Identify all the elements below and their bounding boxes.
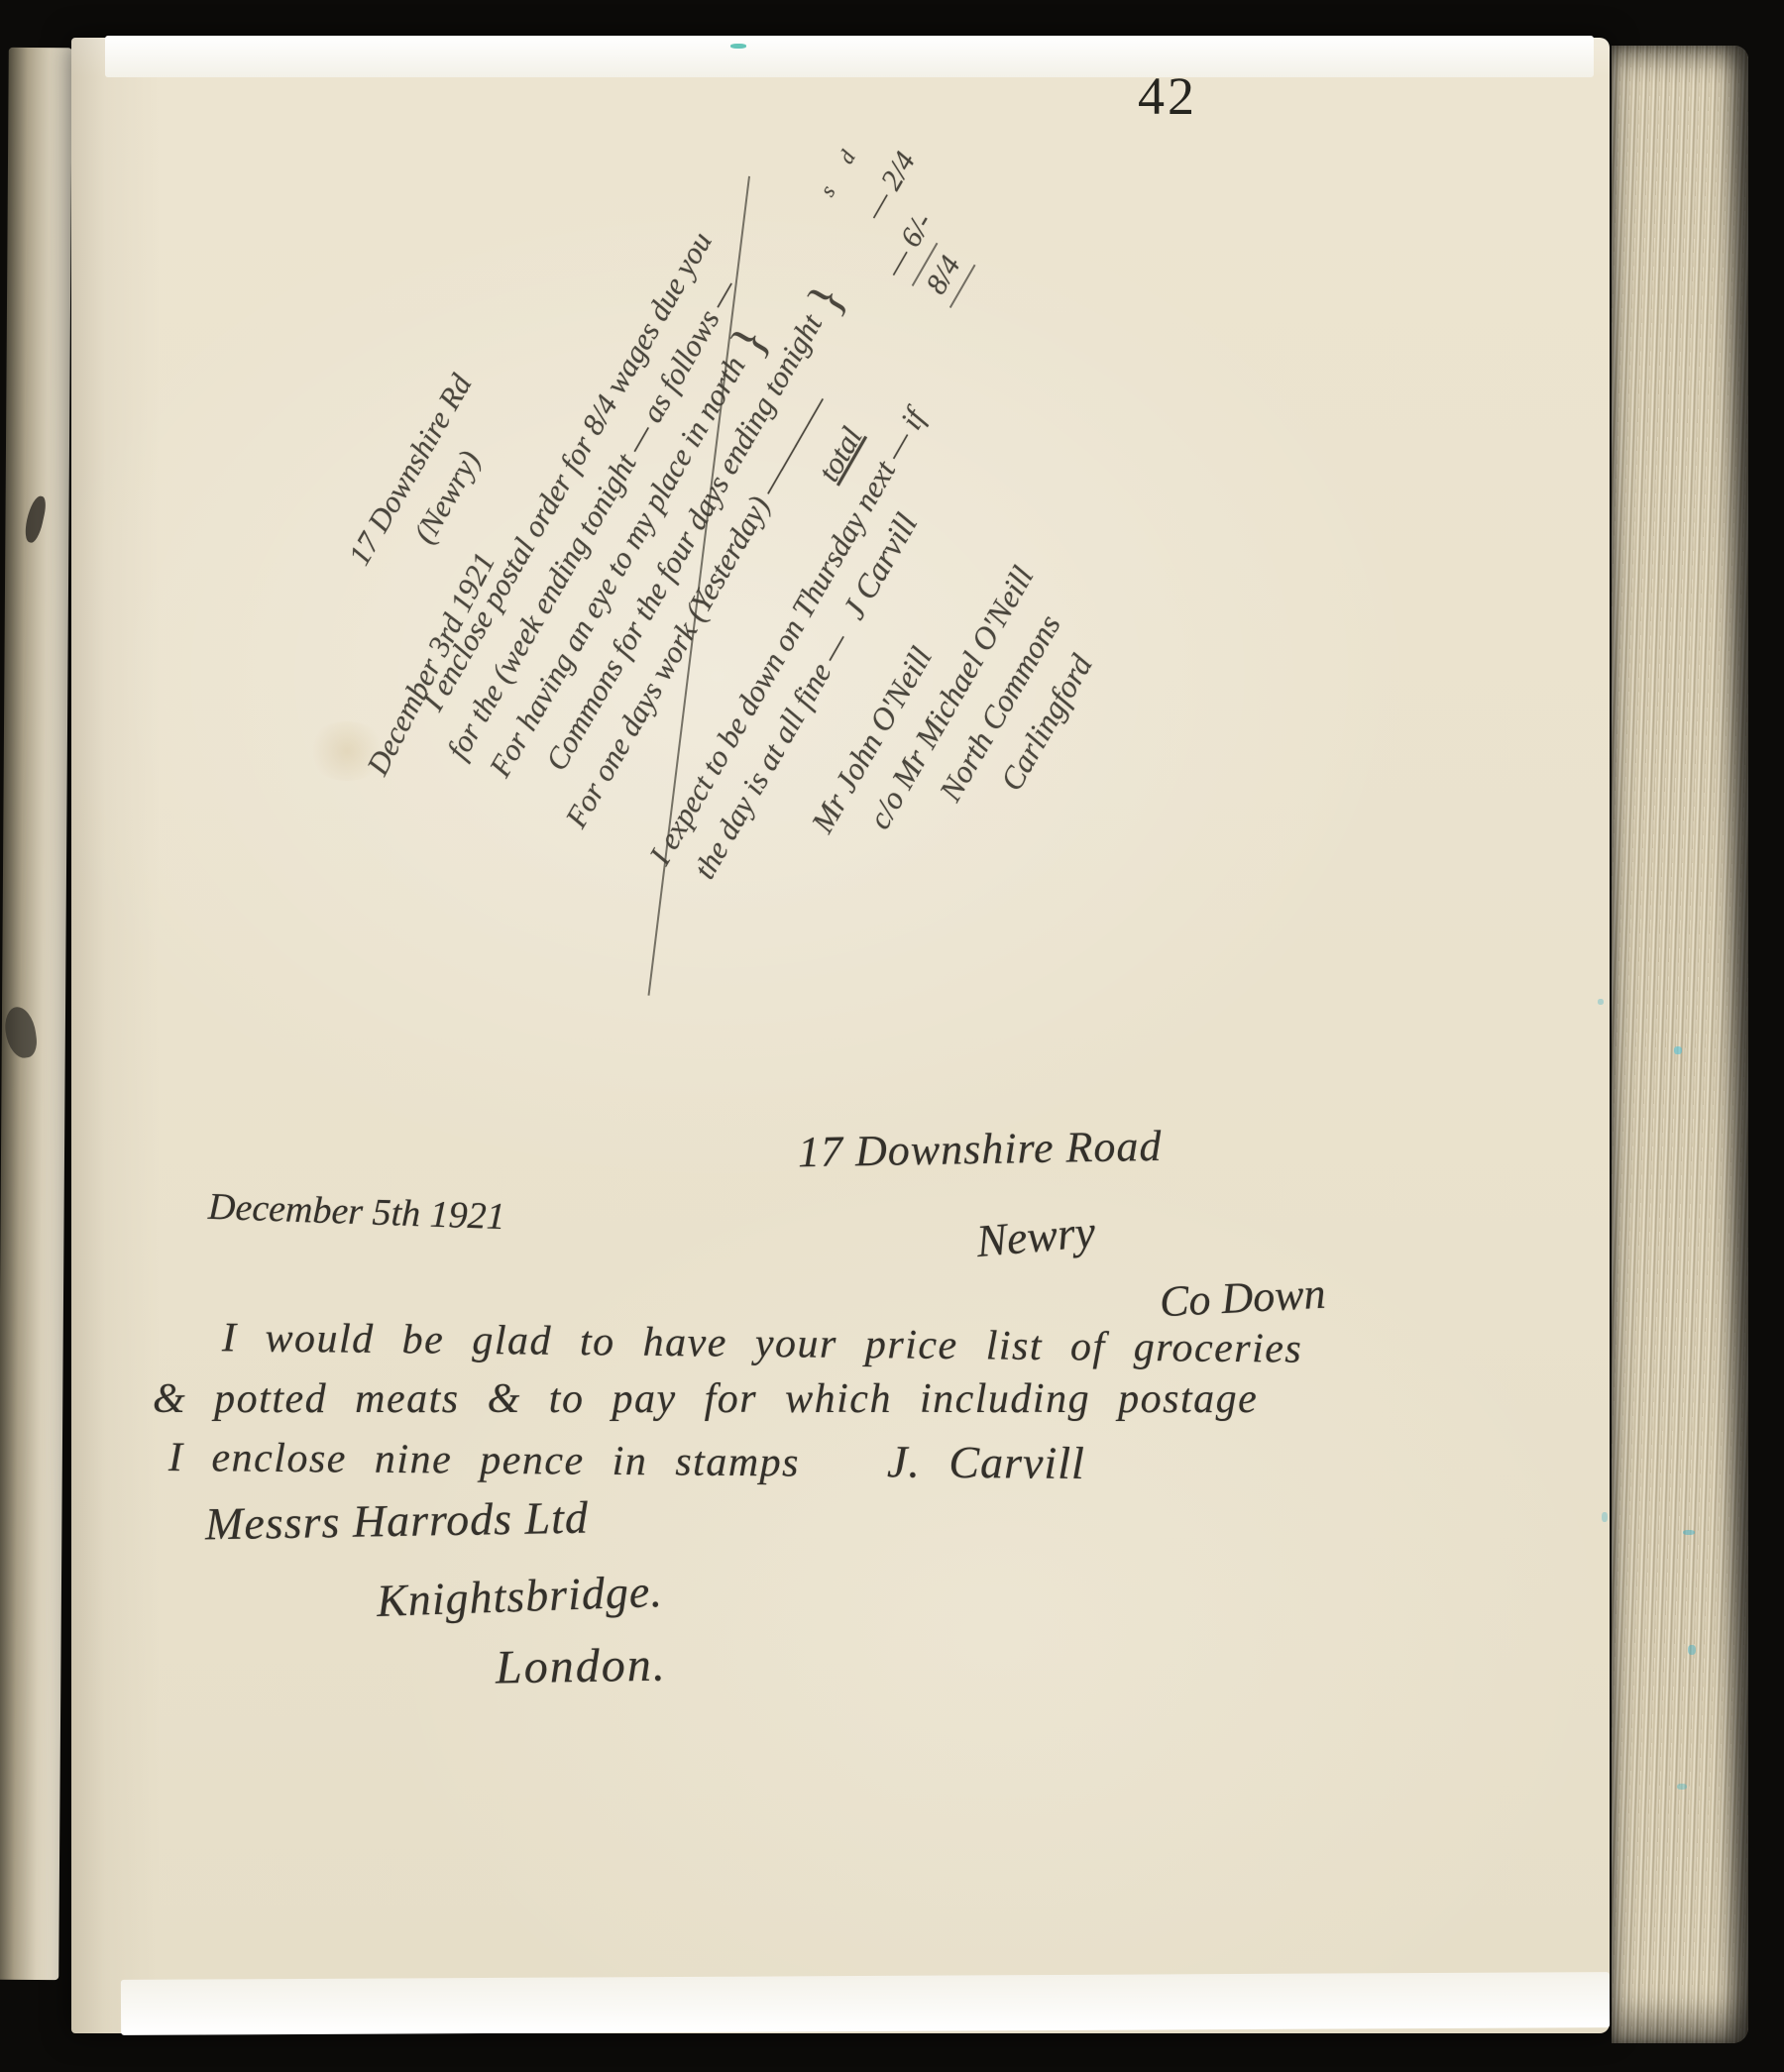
letter2-date: December 5th 1921 <box>207 1185 505 1239</box>
blue-speck <box>1677 1784 1687 1790</box>
ink-smudge <box>23 494 49 544</box>
book-page: 42 17 Downshire Rd (Newry) December 3rd … <box>71 38 1610 2033</box>
letter2-recipient-line: Messrs Harrods Ltd <box>205 1491 590 1551</box>
letter2-recipient-line: Knightsbridge. <box>376 1565 663 1627</box>
page-bottom-edge <box>121 1972 1610 2035</box>
letter-1921-12-03: 17 Downshire Rd (Newry) December 3rd 192… <box>278 0 1370 1016</box>
letter2-body-line: I would be glad to have your price list … <box>222 1314 1303 1372</box>
letter2-sender-address-line: 17 Downshire Road <box>798 1121 1163 1177</box>
blue-speck <box>1598 999 1604 1005</box>
handwritten-text: I enclose nine pence in stamps <box>168 1435 800 1486</box>
letter2-body-line: & potted meats & to pay for which includ… <box>153 1375 1258 1423</box>
photographed-letterbook: { "page": { "number": "42" }, "letter1":… <box>0 0 1784 2072</box>
signature: J. Carvill <box>887 1436 1085 1488</box>
letter2-sender-address-line: Newry <box>974 1205 1097 1267</box>
letter2-recipient-line: London. <box>496 1637 668 1694</box>
letter2-body-line: I enclose nine pence in stamps J. Carvil… <box>168 1429 1085 1489</box>
letter2-sender-address-line: Co Down <box>1159 1268 1327 1328</box>
blue-speck <box>1688 1645 1696 1655</box>
adjacent-page-edge <box>0 48 72 1980</box>
blue-speck <box>730 44 746 49</box>
blue-speck <box>1674 1046 1682 1054</box>
ink-smudge <box>3 1005 40 1060</box>
page-stack-edge <box>1612 46 1748 2043</box>
blue-speck <box>1683 1530 1695 1535</box>
blue-speck <box>1602 1512 1608 1522</box>
